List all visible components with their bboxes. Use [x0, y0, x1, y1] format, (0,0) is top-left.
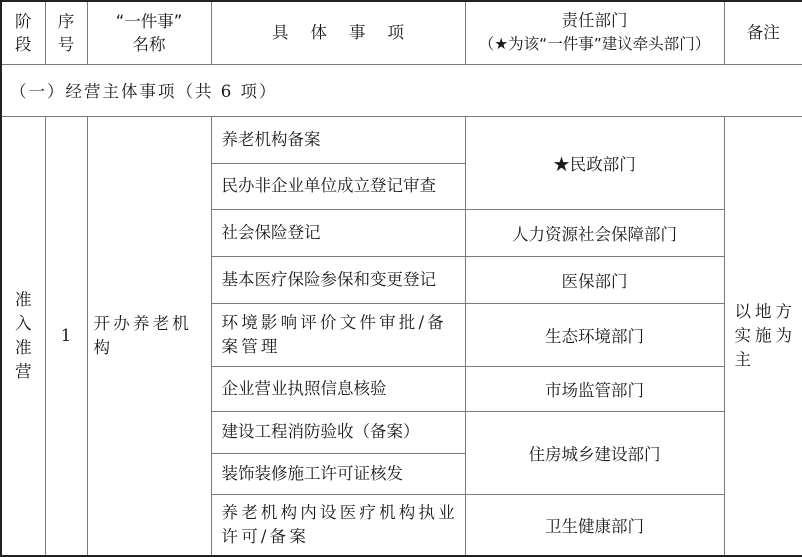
dept-cell: 医保部门: [465, 256, 724, 303]
header-remark: 备注: [724, 1, 802, 64]
remark-cell: 以地方实施为主: [724, 116, 802, 556]
item-cell: 基本医疗保险参保和变更登记: [211, 256, 465, 303]
header-row: 阶段 序号 “一件事”名称 具体事项 责任部门（★为该“一件事”建议牵头部门） …: [1, 1, 802, 64]
name-cell: 开办养老机构: [87, 116, 211, 556]
dept-cell: 生态环境部门: [465, 303, 724, 366]
item-cell: 环境影响评价文件审批/备案管理: [211, 303, 465, 366]
item-cell: 企业营业执照信息核验: [211, 366, 465, 411]
item-cell: 养老机构备案: [211, 116, 465, 163]
section-row: （一）经营主体事项（共 6 项）: [1, 64, 802, 116]
table-row: 准入准营 1 开办养老机构 养老机构备案 ★民政部门 以地方实施为主: [1, 116, 802, 163]
dept-cell: 住房城乡建设部门: [465, 411, 724, 494]
item-cell: 建设工程消防验收（备案）: [211, 411, 465, 453]
header-dept: 责任部门（★为该“一件事”建议牵头部门）: [465, 1, 724, 64]
section-title: （一）经营主体事项（共 6 项）: [1, 64, 802, 116]
dept-cell: ★民政部门: [465, 116, 724, 209]
seq-cell: 1: [45, 116, 87, 556]
dept-cell: 人力资源社会保障部门: [465, 209, 724, 256]
item-cell: 社会保险登记: [211, 209, 465, 256]
header-name: “一件事”名称: [87, 1, 211, 64]
dept-cell: 卫生健康部门: [465, 494, 724, 556]
header-seq: 序号: [45, 1, 87, 64]
item-cell: 装饰装修施工许可证核发: [211, 453, 465, 494]
dept-cell: 市场监管部门: [465, 366, 724, 411]
affairs-table: 阶段 序号 “一件事”名称 具体事项 责任部门（★为该“一件事”建议牵头部门） …: [0, 0, 802, 557]
item-cell: 民办非企业单位成立登记审查: [211, 163, 465, 209]
header-items: 具体事项: [211, 1, 465, 64]
header-stage: 阶段: [1, 1, 45, 64]
item-cell: 养老机构内设医疗机构执业许可/备案: [211, 494, 465, 556]
stage-cell: 准入准营: [1, 116, 45, 556]
